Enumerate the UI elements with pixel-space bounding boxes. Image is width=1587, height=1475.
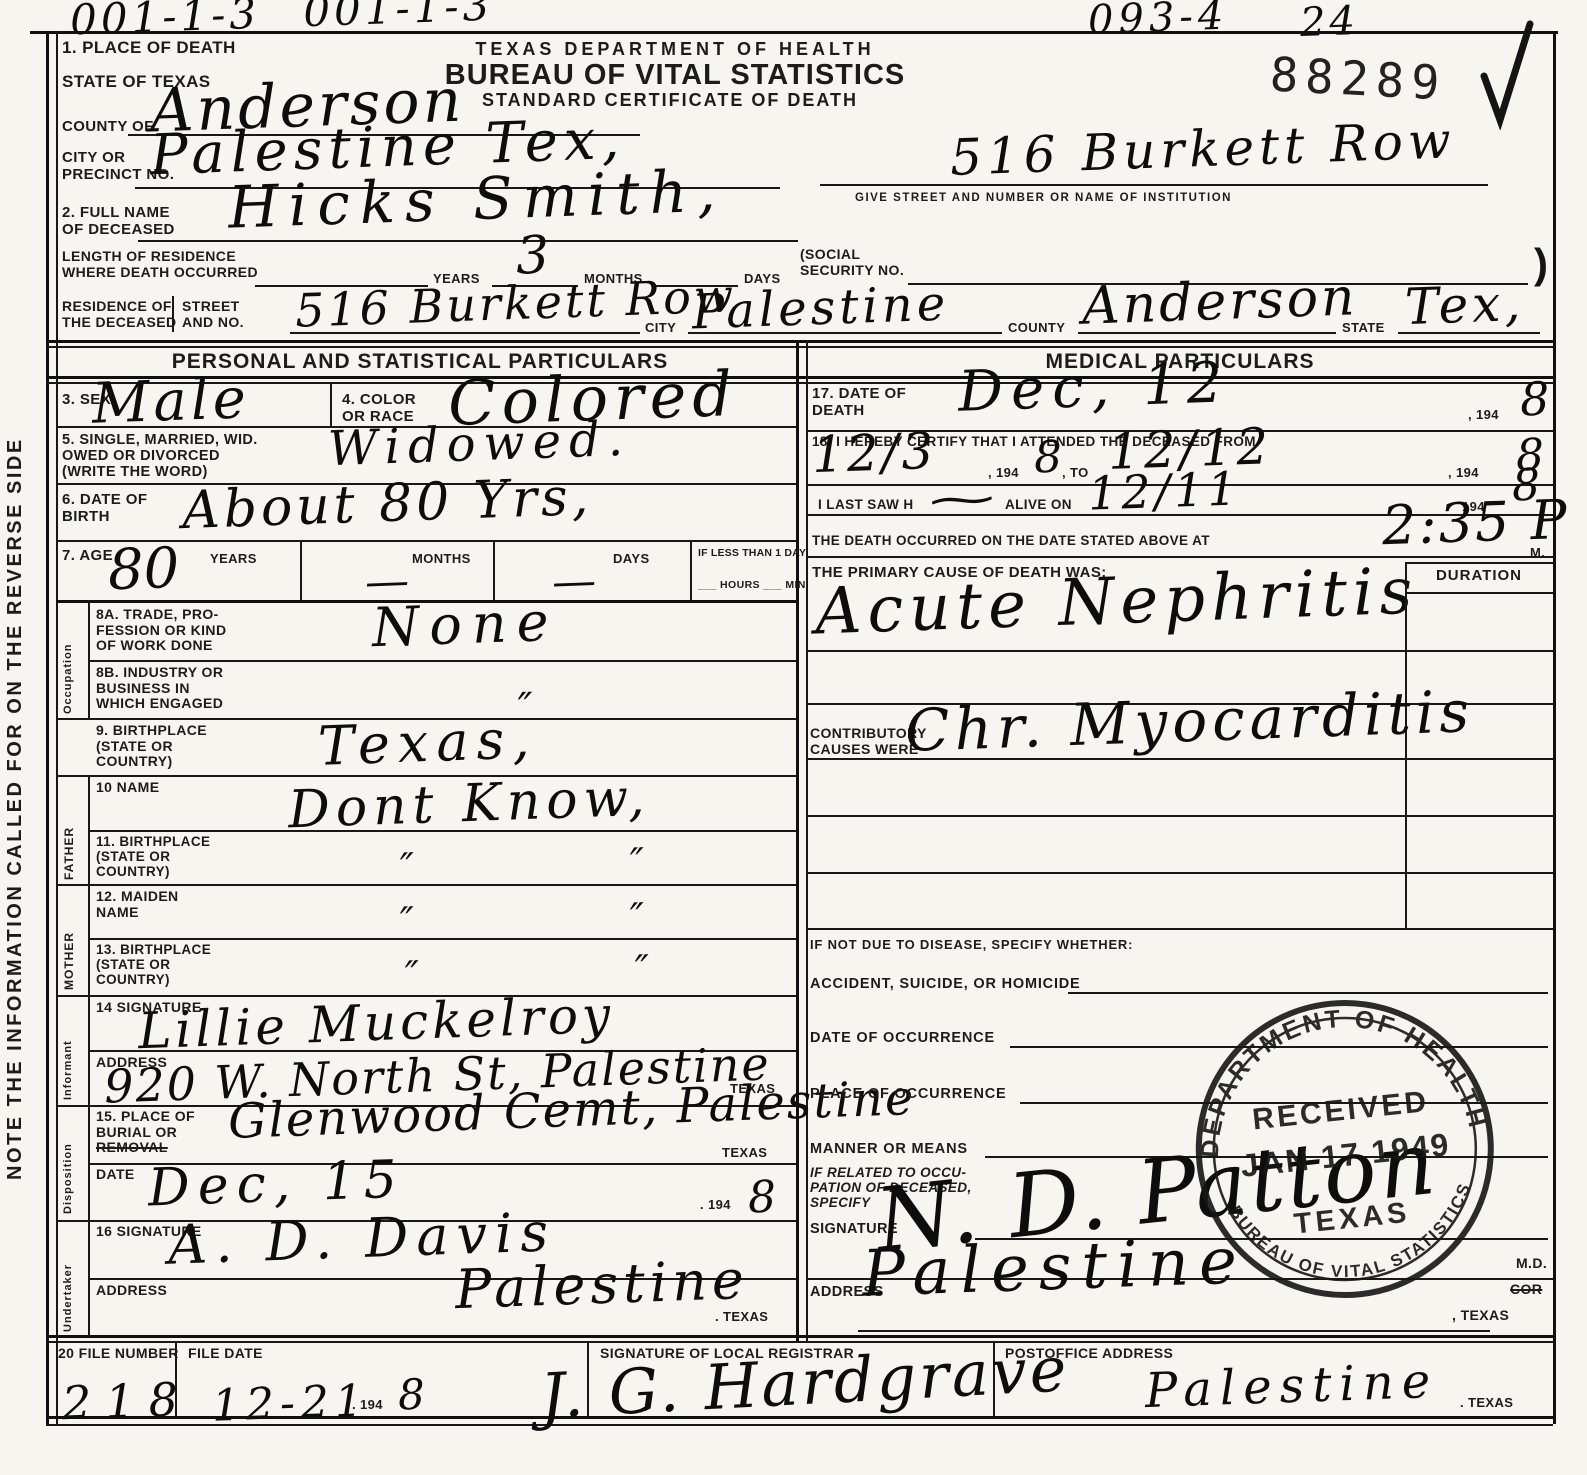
rule: [796, 340, 799, 1341]
m-label: M.: [1530, 546, 1545, 561]
rule: [806, 556, 1553, 558]
svg-text:BUREAU OF VITAL STATISTICS: BUREAU OF VITAL STATISTICS: [1225, 1178, 1484, 1294]
rule: [46, 1335, 1553, 1338]
file-year-printed: . 194: [352, 1398, 383, 1413]
sex-value: Male: [91, 371, 251, 432]
rule: [30, 31, 1558, 34]
age-days-label: DAYS: [613, 552, 650, 567]
mother-group-label: MOTHER: [62, 890, 76, 990]
father-bp-ditto1: ″: [399, 848, 415, 886]
rule: [806, 340, 808, 1341]
rule: [1405, 592, 1553, 594]
rule: [690, 540, 692, 600]
informant-group-label: Informant: [62, 1000, 74, 1100]
rule: [806, 815, 1553, 817]
ssn-label: (SOCIALSECURITY NO.: [800, 247, 904, 278]
industry-label: 8B. INDUSTRY ORBUSINESS INWHICH ENGAGED: [96, 665, 223, 712]
rule: [806, 650, 1553, 652]
father-group-label: FATHER: [62, 780, 76, 880]
manner-label: MANNER OR MEANS: [810, 1141, 968, 1157]
street-and-no-label: STREETAND NO.: [182, 299, 244, 330]
sidebar-note: NOTE THE INFORMATION CALLED FOR ON THE R…: [4, 300, 27, 1180]
burial-year-hw: 8: [747, 1176, 777, 1221]
accident-label: ACCIDENT, SUICIDE, OR HOMICIDE: [810, 976, 1081, 992]
primary-cause-value: Acute Nephritis: [814, 559, 1419, 644]
contributory-value: Chr. Myocarditis: [904, 682, 1475, 760]
ifnot-label: IF NOT DUE TO DISEASE, SPECIFY WHETHER:: [810, 938, 1133, 953]
county2-value: Anderson: [1081, 271, 1358, 333]
dod-label: 17. DATE OFDEATH: [812, 386, 906, 420]
dob-value: About 80 Yrs,: [181, 471, 593, 537]
mother-bp-label: 13. BIRTHPLACE(STATE ORCOUNTRY): [96, 942, 211, 987]
undertaker-addr-state: . TEXAS: [715, 1310, 768, 1325]
md-label: M.D.: [1516, 1256, 1547, 1272]
maiden-label: 12. MAIDENNAME: [96, 889, 179, 920]
dob-label: 6. DATE OFBIRTH: [62, 492, 147, 526]
place-of-death-label: 1. PLACE OF DEATH: [62, 38, 236, 57]
certify-to-label: , TO: [1062, 466, 1089, 481]
rule: [46, 340, 1553, 343]
city2-value: Palestine: [691, 280, 950, 337]
rule: [172, 296, 174, 332]
street-note: GIVE STREET AND NUMBER OR NAME OF INSTIT…: [855, 192, 1232, 205]
rule: [1553, 31, 1556, 1424]
maiden-ditto1: ″: [399, 902, 415, 940]
checkmark-icon: [1476, 18, 1540, 130]
trade-value: None: [371, 595, 559, 655]
rule: [1405, 562, 1553, 564]
rule: [88, 660, 796, 662]
received-stamp: DEPARTMENT OF HEALTH BUREAU OF VITAL STA…: [1177, 981, 1514, 1321]
county2-label: COUNTY: [1008, 321, 1065, 336]
death-certificate-scan: 001-1-3 001-1-3 093-4 24 NOTE THE INFORM…: [0, 0, 1587, 1475]
rule: [56, 31, 58, 1424]
father-name-label: 10 NAME: [96, 780, 159, 796]
father-bp-ditto2: ″: [629, 843, 645, 881]
rule: [290, 332, 640, 334]
undertaker-addr-label: ADDRESS: [96, 1283, 167, 1299]
marital-label: 5. SINGLE, MARRIED, WID.OWED OR DIVORCED…: [62, 432, 258, 481]
certify-year1-hw: 8: [1033, 436, 1063, 481]
md-address-state: , TEXAS: [1452, 1308, 1509, 1324]
street-value: 516 Burkett Row: [949, 115, 1456, 183]
mother-bp-ditto1: ″: [404, 956, 420, 994]
file-date-value: 12-21: [211, 1379, 369, 1428]
disposition-group-label: Disposition: [62, 1108, 74, 1214]
top-left-annotation: 001-1-3 001-1-3: [69, 0, 494, 41]
burial-date-value: Dec, 15: [147, 1154, 405, 1215]
age-label: 7. AGE: [62, 548, 113, 565]
rule: [46, 31, 49, 1424]
rule: [806, 928, 1553, 930]
maiden-ditto2: ″: [629, 898, 645, 936]
age-less-label: IF LESS THAN 1 DAY: [698, 548, 806, 560]
father-bp-label: 11. BIRTHPLACE(STATE ORCOUNTRY): [96, 834, 210, 879]
occurred-label: THE DEATH OCCURRED ON THE DATE STATED AB…: [812, 533, 1210, 548]
rule: [88, 830, 796, 832]
trade-label: 8A. TRADE, PRO-FESSION OR KINDOF WORK DO…: [96, 607, 226, 654]
rule: [820, 184, 1488, 186]
undertaker-addr-value: Palestine: [454, 1253, 749, 1317]
burial-year-printed: . 194: [700, 1198, 731, 1213]
rule: [330, 382, 332, 426]
undertaker-group-label: Undertaker: [62, 1224, 74, 1332]
ssn-paren: ): [1534, 240, 1548, 288]
postoffice-label: POSTOFFICE ADDRESS: [1005, 1346, 1173, 1362]
file-date-label: FILE DATE: [188, 1346, 263, 1362]
rule: [88, 600, 90, 718]
burial-state: TEXAS: [722, 1146, 767, 1161]
postoffice-value: Palestine: [1144, 1357, 1439, 1415]
residence-length-label: LENGTH OF RESIDENCEWHERE DEATH OCCURRED: [62, 249, 258, 280]
rule: [46, 382, 1553, 384]
dod-value: Dec, 12: [957, 355, 1231, 420]
residence-of-label: RESIDENCE OFTHE DECEASED: [62, 299, 176, 330]
fullname-value: Hicks Smith,: [227, 161, 726, 236]
file-number-value: 218: [61, 1376, 192, 1427]
rule: [858, 1330, 1490, 1332]
rule: [46, 346, 1553, 348]
certify-year2: , 194: [1448, 466, 1479, 481]
rule: [46, 376, 1553, 379]
burial-date-label: DATE: [96, 1167, 135, 1183]
last-saw-label2: ALIVE ON: [1005, 497, 1072, 512]
age-hours-min: ___ HOURS ___ MIN: [698, 580, 806, 592]
father-name-value: Dont Know,: [287, 772, 651, 837]
state2-label: STATE: [1342, 321, 1385, 336]
dod-year-printed: , 194: [1468, 408, 1499, 423]
rule: [806, 872, 1553, 874]
dod-year-hw: 8: [1519, 376, 1550, 423]
occupation-group-label: Occupation: [62, 604, 74, 714]
date-occurrence-label: DATE OF OCCURRENCE: [810, 1030, 995, 1046]
file-number-label: 20 FILE NUMBER: [58, 1346, 179, 1362]
last-saw-label1: I LAST SAW H: [818, 497, 914, 512]
top-mid-annotation: 093-4: [1087, 0, 1229, 40]
marital-value: Widowed.: [327, 415, 631, 474]
rule: [46, 1341, 1553, 1343]
rule: [688, 332, 1002, 334]
dept-title: TEXAS DEPARTMENT OF HEALTH: [390, 39, 960, 59]
rule: [1398, 332, 1540, 334]
mother-bp-ditto2: ″: [634, 950, 650, 988]
age-years-label: YEARS: [210, 552, 257, 567]
stamp-received: RECEIVED: [1251, 1085, 1431, 1136]
age-months-label: MONTHS: [412, 552, 471, 567]
md-address-value: Palestine: [861, 1229, 1248, 1306]
duration-label: DURATION: [1408, 568, 1550, 585]
rule: [300, 540, 302, 600]
rule: [88, 938, 796, 940]
stamp-date: JAN 17 1949: [1239, 1126, 1452, 1184]
city2-label: CITY: [645, 321, 676, 336]
rule: [56, 884, 796, 886]
fullname-label: 2. FULL NAMEOF DECEASED: [62, 205, 175, 239]
birthplace-label: 9. BIRTHPLACE(STATE ORCOUNTRY): [96, 723, 207, 770]
certificate-number: 88289: [1269, 47, 1448, 111]
burial-label: 15. PLACE OFBURIAL ORREMOVAL: [96, 1109, 195, 1156]
stamp-arc-bottom: BUREAU OF VITAL STATISTICS: [1225, 1178, 1484, 1294]
postoffice-state: . TEXAS: [1460, 1396, 1513, 1411]
state2-value: Tex,: [1404, 278, 1525, 332]
place-occurrence-label: PLACE OF OCCURRENCE: [810, 1086, 1006, 1102]
file-year-hw: 8: [397, 1374, 425, 1417]
stamp-texas: TEXAS: [1292, 1197, 1411, 1241]
birthplace-value: Texas,: [317, 712, 538, 774]
cor-label: COR: [1510, 1282, 1542, 1298]
rule: [138, 240, 798, 242]
last-saw-hw: 12/11: [1087, 465, 1241, 516]
top-right-annotation: 24: [1299, 1, 1359, 43]
certify-from-hw: 12/3: [811, 426, 937, 480]
rule: [1078, 332, 1336, 334]
age-value: 80: [107, 541, 180, 599]
